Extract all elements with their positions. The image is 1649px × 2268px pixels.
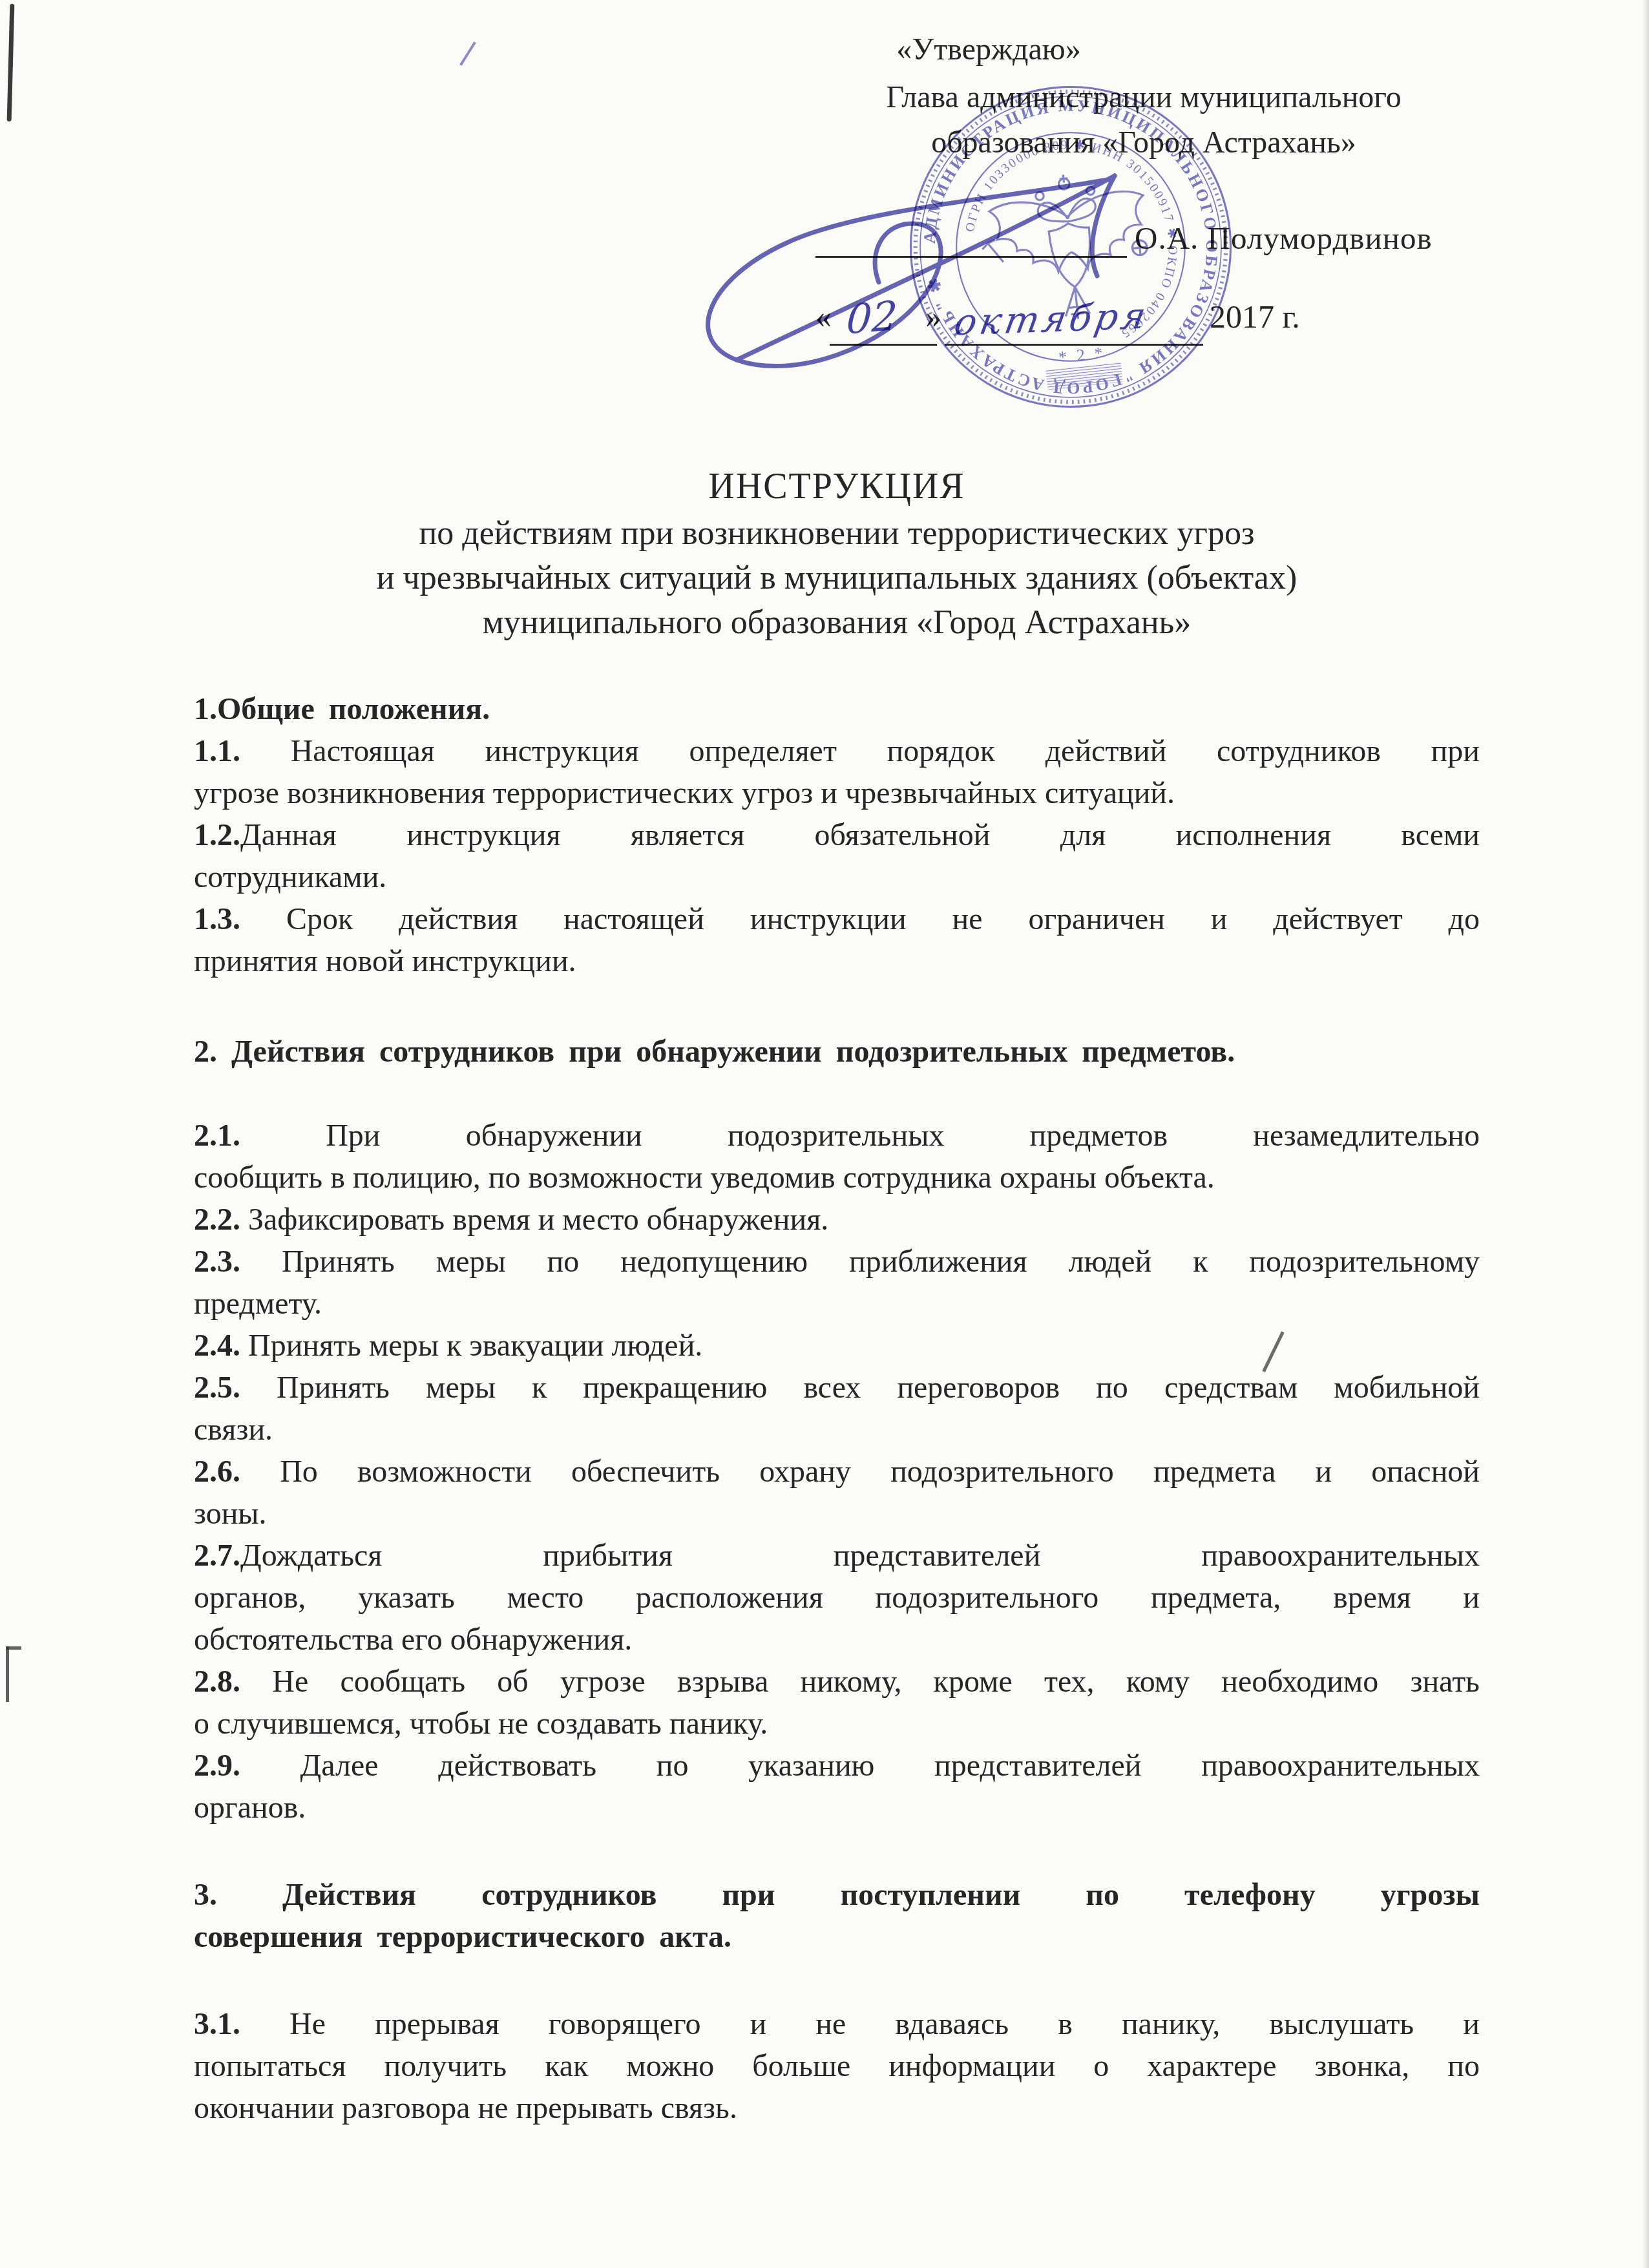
document-page: { "page": { "background": "#fbfbf7", "te… — [0, 0, 1649, 2268]
doc-title: ИНСТРУКЦИЯ — [194, 463, 1480, 510]
stamp-microtext-block — [1045, 362, 1122, 390]
approver-title-line1: Глава администрации муниципального — [801, 78, 1486, 118]
paragraph-2-7: 2.7.Дождаться прибытия представителей пр… — [194, 1535, 1480, 1661]
item-number: 1.2. — [194, 818, 240, 852]
approver-title-line2: образования «Город Астрахань» — [801, 123, 1486, 163]
paragraph-1-3: 1.3. Срок действия настоящей инструкции … — [194, 898, 1480, 982]
item-number: 2.2. — [194, 1202, 240, 1237]
paragraph-2-5: 2.5. Принять меры к прекращению всех пер… — [194, 1367, 1480, 1451]
stamp-bottom-mark: * 2 * — [1058, 343, 1106, 366]
date-close-quote: » — [925, 298, 941, 335]
paragraph-2-8: 2.8. Не сообщать об угрозе взрыва никому… — [194, 1661, 1480, 1745]
doc-subtitle-line3: муниципального образования «Город Астрах… — [194, 600, 1480, 645]
doc-subtitle: по действиям при возникновении террорист… — [194, 511, 1480, 645]
item-number: 2.4. — [194, 1328, 240, 1363]
item-number: 2.1. — [194, 1118, 240, 1153]
item-number: 1.3. — [194, 902, 240, 936]
approval-label: «Утверждаю» — [840, 30, 1137, 69]
section-2-heading: 2. Действия сотрудников при обнаружении … — [194, 1031, 1480, 1073]
item-number: 2.3. — [194, 1244, 240, 1279]
paragraph-2-6: 2.6. По возможности обеспечить охрану по… — [194, 1451, 1480, 1535]
scan-artifact-bracket — [6, 1646, 9, 1702]
section-3: 3. Действия сотрудников при поступлении … — [194, 1874, 1480, 2129]
item-number: 2.9. — [194, 1748, 240, 1783]
signature-rule-line — [815, 256, 1127, 258]
section-1: 1.Общие положения. 1.1. Настоящая инстру… — [194, 688, 1480, 982]
item-number: 2.6. — [194, 1454, 240, 1489]
paragraph-1-2: 1.2.Данная инструкция является обязатель… — [194, 814, 1480, 898]
approver-name: О.А. Полумордвинов — [1135, 220, 1433, 257]
scan-edge-shadow — [1643, 0, 1649, 2268]
item-number: 1.1. — [194, 734, 240, 768]
scan-artifact-bracket-top — [6, 1646, 21, 1650]
section-1-heading: 1.Общие положения. — [194, 688, 1480, 730]
paragraph-2-1: 2.1. При обнаружении подозрительных пред… — [194, 1115, 1480, 1199]
doc-subtitle-line1: по действиям при возникновении террорист… — [194, 511, 1480, 556]
section-3-heading-line2: совершения террористического акта. — [194, 1916, 1480, 1958]
scan-artifact-edge-line — [7, 4, 15, 121]
paragraph-2-2: 2.2. Зафиксировать время и место обнаруж… — [194, 1199, 1480, 1241]
item-number: 2.8. — [194, 1664, 240, 1699]
doc-subtitle-line2: и чрезвычайных ситуаций в муниципальных … — [194, 556, 1480, 600]
section-2: 2. Действия сотрудников при обнаружении … — [194, 1031, 1480, 1829]
paragraph-3-1: 3.1. Не прерывая говорящего и не вдаваяс… — [194, 2003, 1480, 2129]
date-rule-line-month — [945, 344, 1203, 346]
date-open-quote: « — [815, 298, 832, 335]
signature-mark — [666, 145, 1163, 423]
item-number: 2.5. — [194, 1370, 240, 1405]
handwritten-day: 02 — [845, 291, 898, 343]
paragraph-2-4: 2.4. Принять меры к эвакуации людей. — [194, 1325, 1480, 1367]
handwritten-month: октября — [951, 295, 1152, 344]
section-3-heading-line1: 3. Действия сотрудников при поступлении … — [194, 1874, 1480, 1916]
paragraph-1-1: 1.1. Настоящая инструкция определяет пор… — [194, 730, 1480, 814]
paragraph-2-9: 2.9. Далее действовать по указанию предс… — [194, 1745, 1480, 1829]
item-number: 2.7. — [194, 1538, 240, 1573]
paragraph-2-3: 2.3. Принять меры по недопущению приближ… — [194, 1241, 1480, 1325]
item-number: 3.1. — [194, 2007, 240, 2041]
date-year: 2017 г. — [1210, 298, 1300, 335]
scan-artifact-blue-mark — [459, 41, 476, 66]
date-rule-line-day — [830, 344, 937, 346]
